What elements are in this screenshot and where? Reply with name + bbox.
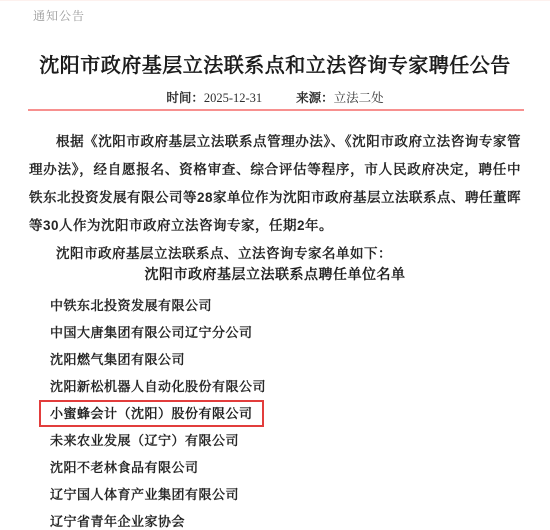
article-meta: 时间：2025-12-31来源：立法二处 [0,88,550,106]
list-item: 中铁东北投资发展有限公司 [50,292,520,319]
highlighted-list-item: 小蜜蜂会计（沈阳）股份有限公司 [50,400,520,427]
breadcrumb-section-label: 通知公告 [33,7,85,24]
list-item: 中国大唐集团有限公司辽宁分公司 [50,319,520,346]
meta-source-label: 来源： [296,91,334,105]
list-item: 沈阳燃气集团有限公司 [50,346,520,373]
list-item: 辽宁省青年企业家协会 [50,508,520,530]
meta-time-value: 2025-12-31 [204,91,262,105]
list-item: 沈阳新松机器人自动化股份有限公司 [50,373,520,400]
list-item: 沈阳不老林食品有限公司 [50,454,520,481]
company-list-heading: 沈阳市政府基层立法联系点聘任单位名单 [0,264,550,284]
announcement-page: 通知公告 沈阳市政府基层立法联系点和立法咨询专家聘任公告 时间：2025-12-… [0,0,550,530]
list-item: 辽宁国人体育产业集团有限公司 [50,481,520,508]
company-list: 中铁东北投资发展有限公司 中国大唐集团有限公司辽宁分公司 沈阳燃气集团有限公司 … [50,292,520,530]
page-title: 沈阳市政府基层立法联系点和立法咨询专家聘任公告 [0,49,550,78]
meta-time-label: 时间： [166,91,204,105]
list-item: 未来农业发展（辽宁）有限公司 [50,427,520,454]
title-divider-line [28,109,524,111]
article-body: 根据《沈阳市政府基层立法联系点管理办法》、《沈阳市政府立法咨询专家管理办法》，经… [29,128,521,268]
meta-source-value: 立法二处 [334,91,384,105]
body-paragraph: 根据《沈阳市政府基层立法联系点管理办法》、《沈阳市政府立法咨询专家管理办法》，经… [29,128,521,240]
red-highlight-box: 小蜜蜂会计（沈阳）股份有限公司 [39,400,264,427]
